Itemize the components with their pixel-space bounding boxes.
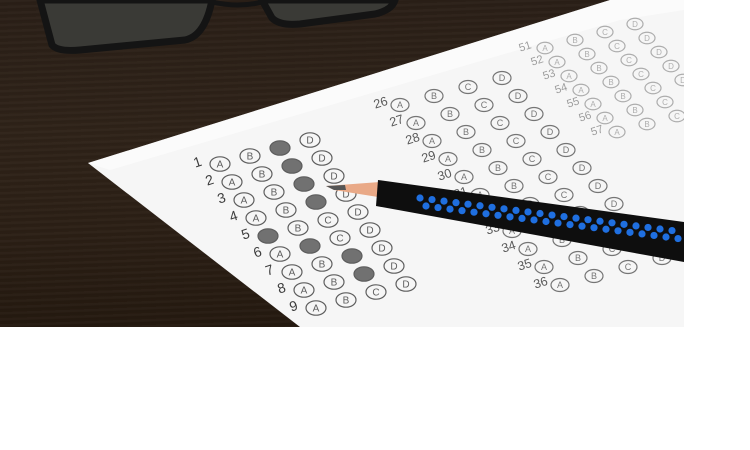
bubble-letter: C: [561, 190, 568, 200]
bubble-letter: B: [271, 188, 278, 199]
pencil-dot: [554, 219, 561, 226]
pencil-dot: [620, 221, 627, 228]
bubble-letter: A: [413, 118, 419, 128]
bubble-letter: A: [217, 160, 224, 171]
pencil-dot: [632, 222, 639, 229]
pencil-dot: [644, 224, 651, 231]
bubble-letter: C: [529, 154, 536, 164]
pencil-dot: [446, 206, 453, 213]
pencil-dot: [482, 210, 489, 217]
bubble-letter: D: [306, 136, 313, 147]
bubble-letter: D: [318, 154, 325, 165]
bubble-letter: C: [481, 100, 488, 110]
bubble-letter: B: [620, 92, 625, 101]
bubble-letter: A: [461, 172, 467, 182]
bubble-letter: C: [650, 84, 656, 93]
bubble-letter: A: [525, 244, 531, 254]
bubble-letter: C: [324, 216, 331, 227]
pencil-dot: [578, 223, 585, 230]
pencil-dot: [458, 207, 465, 214]
bubble-letter: D: [579, 163, 586, 173]
answer-sheet-photo: 1ABD2ABD3ABD4ABD5BCD6ACD7ABD8ABD9ABCD26A…: [0, 0, 684, 327]
bubble-letter: A: [554, 58, 560, 67]
bubble-letter: C: [638, 70, 644, 79]
pencil-dot: [584, 216, 591, 223]
pencil-dot: [464, 201, 471, 208]
bubble-letter: A: [602, 114, 608, 123]
bubble-letter: B: [596, 64, 601, 73]
bubble-letter: B: [479, 145, 485, 155]
bubble-letter: C: [614, 42, 620, 51]
bubble-letter: B: [644, 120, 649, 129]
bubble-letter: D: [330, 172, 337, 183]
bubble-letter: A: [445, 154, 451, 164]
bubble-letter: D: [499, 73, 506, 83]
bubble-letter: B: [295, 224, 302, 235]
filled-bubble: [300, 239, 320, 253]
bubble-letter: D: [366, 226, 373, 237]
pencil-dot: [596, 218, 603, 225]
bubble-letter: C: [674, 112, 680, 121]
pencil-dot: [656, 225, 663, 232]
bubble-letter: A: [277, 250, 284, 261]
bubble-letter: B: [591, 271, 597, 281]
bubble-letter: B: [572, 36, 577, 45]
bubble-letter: C: [662, 98, 668, 107]
bubble-letter: C: [626, 56, 632, 65]
bubble-letter: D: [668, 62, 674, 71]
bubble-letter: D: [402, 280, 409, 291]
pencil-dot: [518, 215, 525, 222]
bubble-letter: B: [463, 127, 469, 137]
filled-bubble: [354, 267, 374, 281]
pencil-dot: [416, 194, 423, 201]
bubble-letter: B: [319, 260, 326, 271]
bubble-letter: D: [515, 91, 522, 101]
bubble-letter: A: [557, 280, 563, 290]
filled-bubble: [294, 177, 314, 191]
pencil-dot: [626, 229, 633, 236]
pencil-dot: [524, 208, 531, 215]
bubble-letter: A: [566, 72, 572, 81]
bubble-letter: D: [547, 127, 554, 137]
filled-bubble: [270, 141, 290, 155]
bubble-letter: A: [229, 178, 236, 189]
bubble-letter: D: [656, 48, 662, 57]
bubble-letter: B: [331, 278, 338, 289]
pencil-dot: [506, 213, 513, 220]
pencil-dot: [434, 204, 441, 211]
bubble-letter: B: [247, 152, 254, 163]
bubble-letter: D: [611, 199, 618, 209]
pencil-dot: [548, 211, 555, 218]
bubble-letter: A: [289, 268, 296, 279]
pencil-dot: [536, 210, 543, 217]
pencil-dot: [422, 202, 429, 209]
pencil-dot: [530, 216, 537, 223]
pencil-dot: [500, 205, 507, 212]
bubble-letter: D: [632, 20, 638, 29]
bubble-letter: D: [531, 109, 538, 119]
bubble-letter: A: [241, 196, 248, 207]
bubble-letter: B: [608, 78, 613, 87]
bubble-letter: A: [590, 100, 596, 109]
bubble-letter: B: [632, 106, 637, 115]
pencil-dot: [602, 226, 609, 233]
pencil-dot: [590, 224, 597, 231]
bubble-letter: C: [602, 28, 608, 37]
bubble-letter: C: [513, 136, 520, 146]
bubble-letter: D: [680, 76, 684, 85]
bubble-letter: B: [259, 170, 266, 181]
pencil-dot: [674, 235, 681, 242]
pencil-dot: [662, 233, 669, 240]
pencil-dot: [488, 204, 495, 211]
pencil-dot: [668, 227, 675, 234]
bubble-letter: C: [545, 172, 552, 182]
bubble-letter: B: [584, 50, 589, 59]
filled-bubble: [282, 159, 302, 173]
pencil-dot: [428, 196, 435, 203]
pencil-dot: [572, 215, 579, 222]
pencil-dot: [512, 207, 519, 214]
pencil-dot: [566, 221, 573, 228]
pencil-dot: [494, 212, 501, 219]
filled-bubble: [342, 249, 362, 263]
bubble-letter: A: [313, 304, 320, 315]
bubble-letter: D: [354, 208, 361, 219]
bubble-letter: C: [372, 288, 379, 299]
bubble-letter: A: [301, 286, 308, 297]
bubble-letter: B: [447, 109, 453, 119]
bubble-letter: B: [343, 296, 350, 307]
bubble-letter: D: [390, 262, 397, 273]
bubble-letter: D: [378, 244, 385, 255]
bubble-letter: A: [253, 214, 260, 225]
pencil-dot: [452, 199, 459, 206]
bubble-letter: B: [575, 253, 581, 263]
pencil-dot: [614, 227, 621, 234]
bubble-letter: C: [497, 118, 504, 128]
bubble-letter: A: [429, 136, 435, 146]
bubble-letter: D: [644, 34, 650, 43]
pencil-dot: [608, 219, 615, 226]
filled-bubble: [258, 229, 278, 243]
bubble-letter: A: [578, 86, 584, 95]
bubble-letter: D: [563, 145, 570, 155]
bubble-letter: B: [495, 163, 501, 173]
pencil-dot: [542, 218, 549, 225]
pencil-dot: [560, 213, 567, 220]
bubble-letter: B: [511, 181, 517, 191]
bubble-letter: D: [595, 181, 602, 191]
eyeglasses: [40, 0, 395, 50]
pencil-dot: [638, 230, 645, 237]
bubble-letter: A: [542, 44, 548, 53]
pencil-dot: [470, 209, 477, 216]
scene-svg: 1ABD2ABD3ABD4ABD5BCD6ACD7ABD8ABD9ABCD26A…: [0, 0, 684, 327]
bubble-letter: C: [465, 82, 472, 92]
bubble-letter: B: [283, 206, 290, 217]
pencil-dot: [650, 232, 657, 239]
filled-bubble: [306, 195, 326, 209]
bubble-letter: A: [541, 262, 547, 272]
bubble-letter: A: [614, 128, 620, 137]
bubble-letter: A: [397, 100, 403, 110]
pencil-dot: [476, 202, 483, 209]
bubble-letter: C: [625, 262, 632, 272]
bubble-letter: C: [336, 234, 343, 245]
bubble-letter: B: [431, 91, 437, 101]
pencil-dot: [440, 198, 447, 205]
